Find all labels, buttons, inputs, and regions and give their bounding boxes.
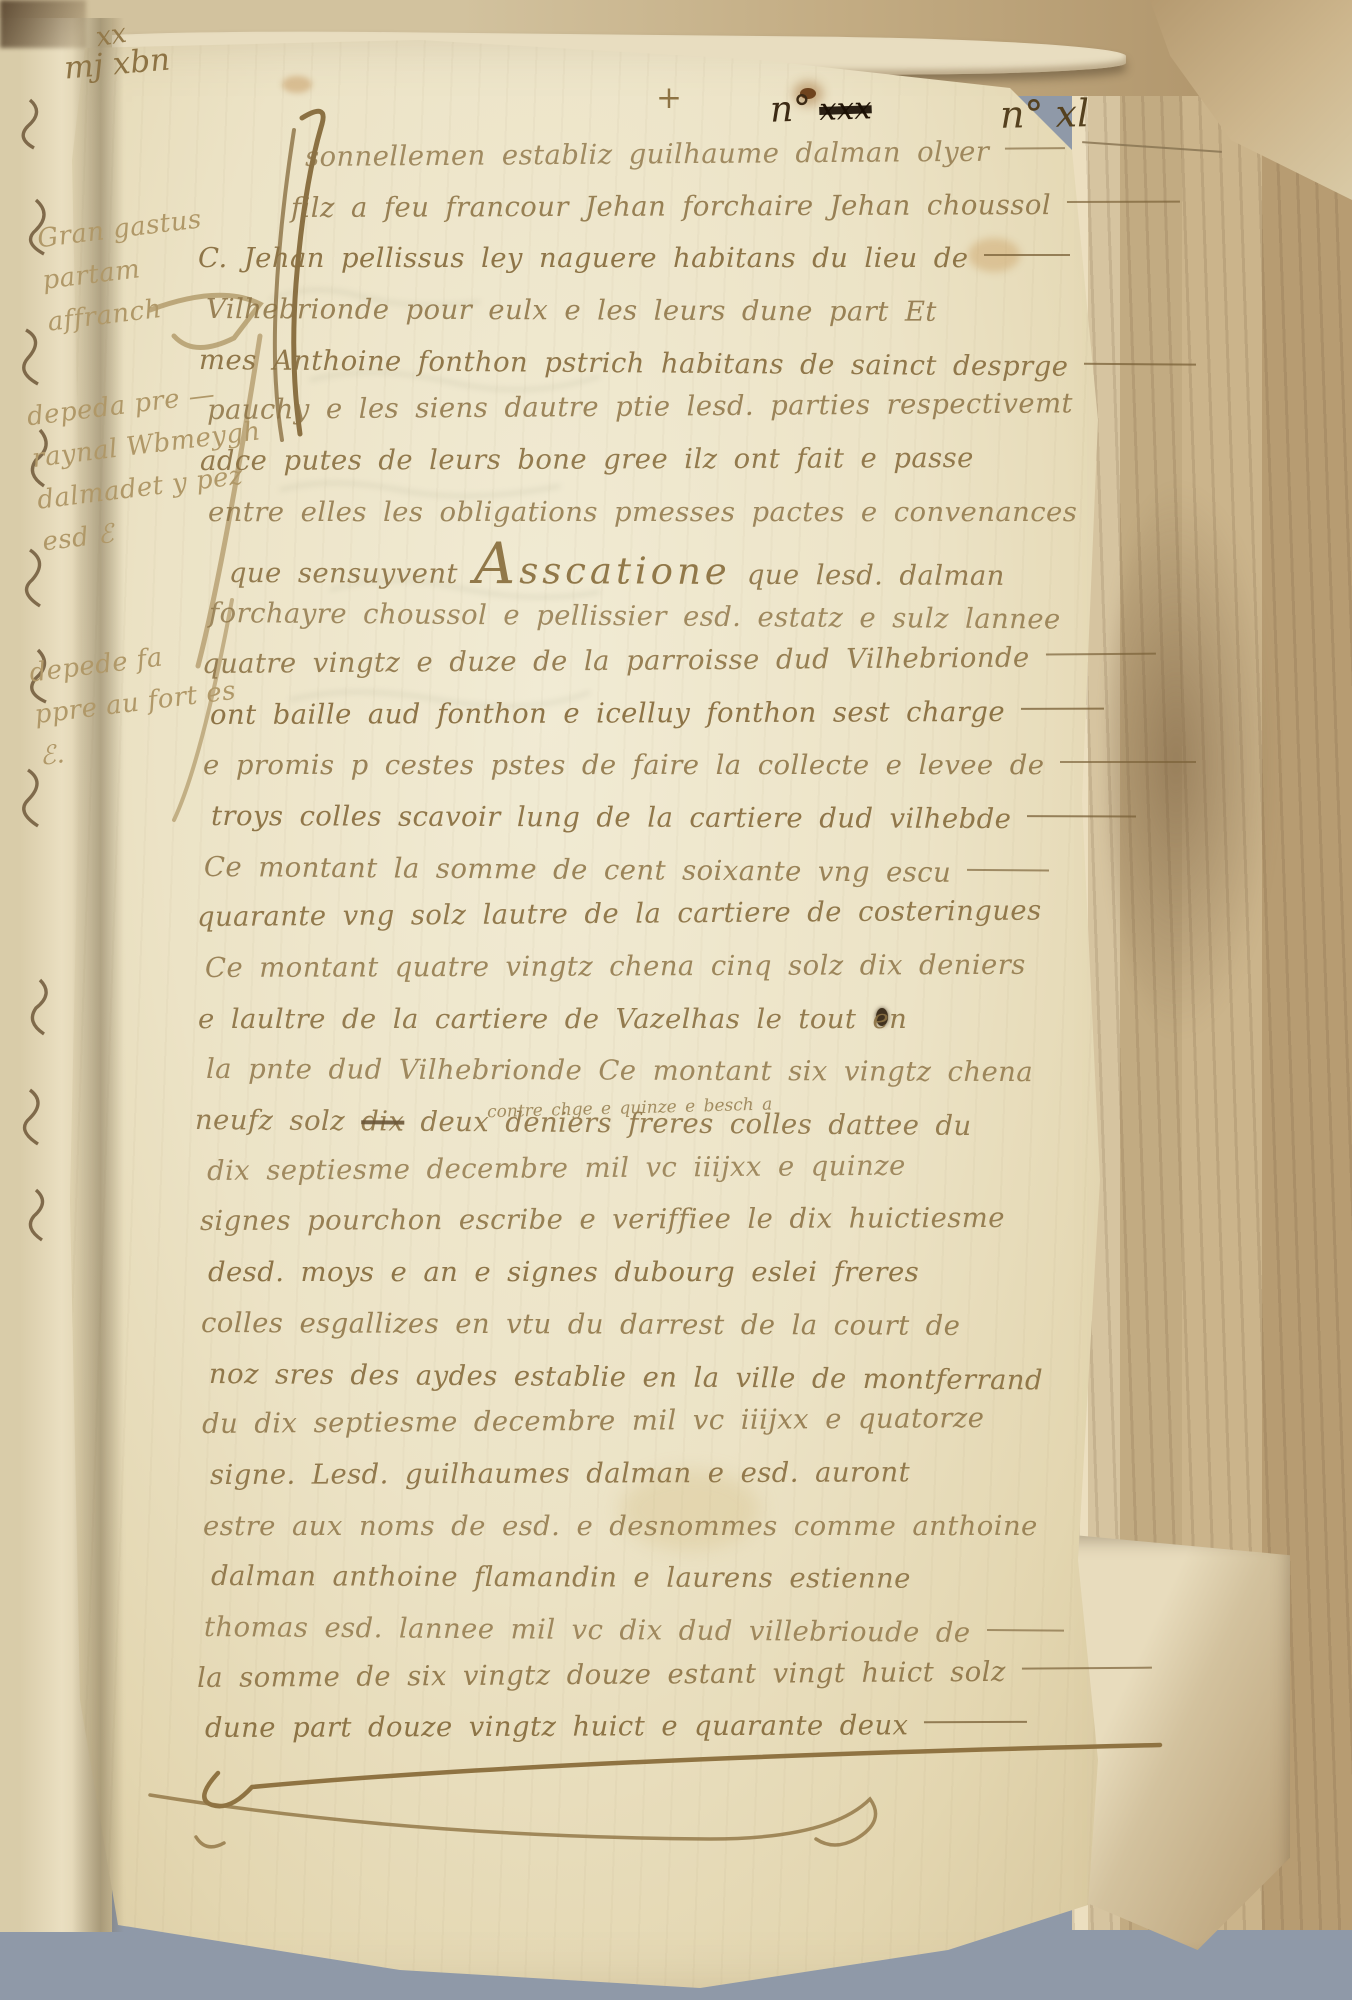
manuscript-line: Ce montant quatre vingtz chena cinq solz… [205,939,1156,993]
manuscript-text: troys colles scavoir lung de la cartiere… [211,800,1011,835]
manuscript-line: Vilhebrionde pour eulx e les leurs dune … [206,284,1156,338]
manuscript-line: dune part douze vingtz huict e quarante … [205,1700,1156,1754]
manuscript-line: quatre vingtz e duze de la parroisse dud… [202,632,1156,690]
manuscript-line: entre elles les obligations pmesses pact… [208,487,1156,538]
manuscript-text: dune part douze vingtz huict e quarante … [205,1710,909,1745]
manuscript-line: quarante vng solz lautre de la cartiere … [197,885,1156,943]
manuscript-text: entre elles les obligations pmesses pact… [208,496,1077,528]
display-word: Asscatione [474,557,731,590]
manuscript-line: sonnellemen establiz guilhaume dalman ol… [305,125,1156,182]
header-cross-mark: + [656,80,682,116]
manuscript-text: que sensuyvent [229,557,474,590]
line-end-dash [1021,707,1104,709]
line-end-dash [987,1628,1064,1631]
manuscript-text: e promis p cestes pstes de faire la coll… [203,749,1044,781]
line-end-dash [1027,815,1136,817]
manuscript-text: du dix septiesme decembre mil vc iiijxx … [202,1402,985,1440]
line-end-dash [1005,147,1065,149]
numero-label: n° [769,88,812,130]
manuscript-line: signe. Lesd. guilhaumes dalman e esd. au… [210,1446,1156,1500]
manuscript-text: thomas esd. lannee mil vc dix dud villeb… [204,1611,971,1649]
manuscript-line: dix septiesme decembre mil vc iiijxx e q… [207,1138,1156,1196]
manuscript-text: filz a feu francour Jehan forchaire Jeha… [291,189,1051,224]
manuscript-text: que lesd. dalman [731,558,1005,591]
manuscript-line: pauchy e les siens dautre ptie lesd. par… [207,378,1156,436]
manuscript-text: noz sres des aydes establie en la ville … [209,1358,1043,1396]
manuscript-line: estre aux noms de esd. e desnommes comme… [203,1501,1156,1552]
manuscript-line: dalman anthoine flamandin e laurens esti… [211,1551,1156,1605]
manuscript-text: pauchy e les siens dautre ptie lesd. par… [207,388,1073,427]
line-end-dash [924,1721,1027,1723]
manuscript-line: troys colles scavoir lung de la cartiere… [211,791,1156,845]
manuscript-line: adce putes de leurs bone gree ilz ont fa… [200,432,1156,486]
manuscript-line: filz a feu francour Jehan forchaire Jeha… [291,179,1156,233]
manuscript-text: la somme de six vingtz douze estant ving… [197,1655,1006,1693]
main-text-block: sonnellemen establiz guilhaume dalman ol… [196,132,1156,1754]
manuscript-text: Vilhebrionde pour eulx e les leurs dune … [206,293,937,328]
manuscript-line: la somme de six vingtz douze estant ving… [197,1645,1156,1703]
manuscript-line: e promis p cestes pstes de faire la coll… [203,740,1156,791]
manuscript-text: quatre vingtz e duze de la parroisse dud… [202,642,1030,680]
manuscript-text: desd. moys e an e signes dubourg eslei f… [208,1256,919,1288]
numero-struck: n°xxx [769,86,872,131]
manuscript-line: e laultre de la cartiere de Vazelhas le … [198,994,1156,1045]
line-end-dash [1046,652,1156,655]
foxing-spot [282,76,312,93]
manuscript-text: Ce montant quatre vingtz chena cinq solz… [205,949,1026,984]
manuscript-line: colles esgallizes en vtu du darrest de l… [201,1298,1156,1352]
manuscript-text: signes pourchon escribe e veriffiee le d… [200,1202,1005,1237]
manuscript-text: estre aux noms de esd. e desnommes comme… [203,1510,1038,1542]
manuscript-text: mes Anthoine fonthon pstrich habitans de… [199,344,1069,383]
manuscript-text: signe. Lesd. guilhaumes dalman e esd. au… [210,1456,910,1491]
manuscript-line: desd. moys e an e signes dubourg eslei f… [208,1247,1156,1298]
line-end-dash [1067,200,1180,202]
line-end-dash [1022,1666,1152,1669]
manuscript-line: du dix septiesme decembre mil vc iiijxx … [202,1392,1156,1450]
manuscript-text: neufz solz [195,1104,361,1137]
manuscript-text: adce putes de leurs bone gree ilz ont fa… [200,442,974,477]
line-end-dash [1060,761,1196,763]
manuscript-text: ont baille aud fonthon e icelluy fonthon… [210,696,1005,731]
manuscript-line: que sensuyvent Asscatione que lesd. dalm… [229,538,1156,592]
manuscript-text: dix septiesme decembre mil vc iiijxx e q… [207,1149,906,1186]
line-end-dash [984,254,1070,256]
manuscript-text: C. Jehan pellissus ley naguere habitans … [198,242,968,274]
margin-note-group: Gran gastus partam affranch [35,198,214,343]
struck-word: dix [361,1105,404,1137]
display-word-initial: A [474,530,519,596]
manuscript-line: signes pourchon escribe e veriffiee le d… [200,1193,1156,1247]
manuscript-line: ont baille aud fonthon e icelluy fonthon… [210,686,1156,740]
line-end-dash [967,868,1049,871]
manuscript-line: C. Jehan pellissus ley naguere habitans … [198,233,1156,284]
line-end-dash [1084,362,1196,365]
manuscript-text: colles esgallizes en vtu du darrest de l… [201,1307,961,1342]
manuscript-text: forchayre choussol e pellissier esd. est… [209,597,1061,636]
manuscript-text: Ce montant la somme de cent soixante vng… [204,851,951,889]
manuscript-text: e laultre de la cartiere de Vazelhas le … [198,1003,907,1035]
manuscript-photo: xx mj xbn + n°xxx n° xl Gran gastus part… [0,0,1352,2000]
interlinear-note: contre chge e quinze e besch a [486,1080,772,1138]
numero-struck-value: xxx [819,90,873,128]
display-word-rest: sscatione [519,549,731,593]
manuscript-text: quarante vng solz lautre de la cartiere … [197,895,1042,933]
manuscript-text: sonnellemen establiz guilhaume dalman ol… [305,136,990,173]
manuscript-text: dalman anthoine flamandin e laurens esti… [211,1560,911,1595]
